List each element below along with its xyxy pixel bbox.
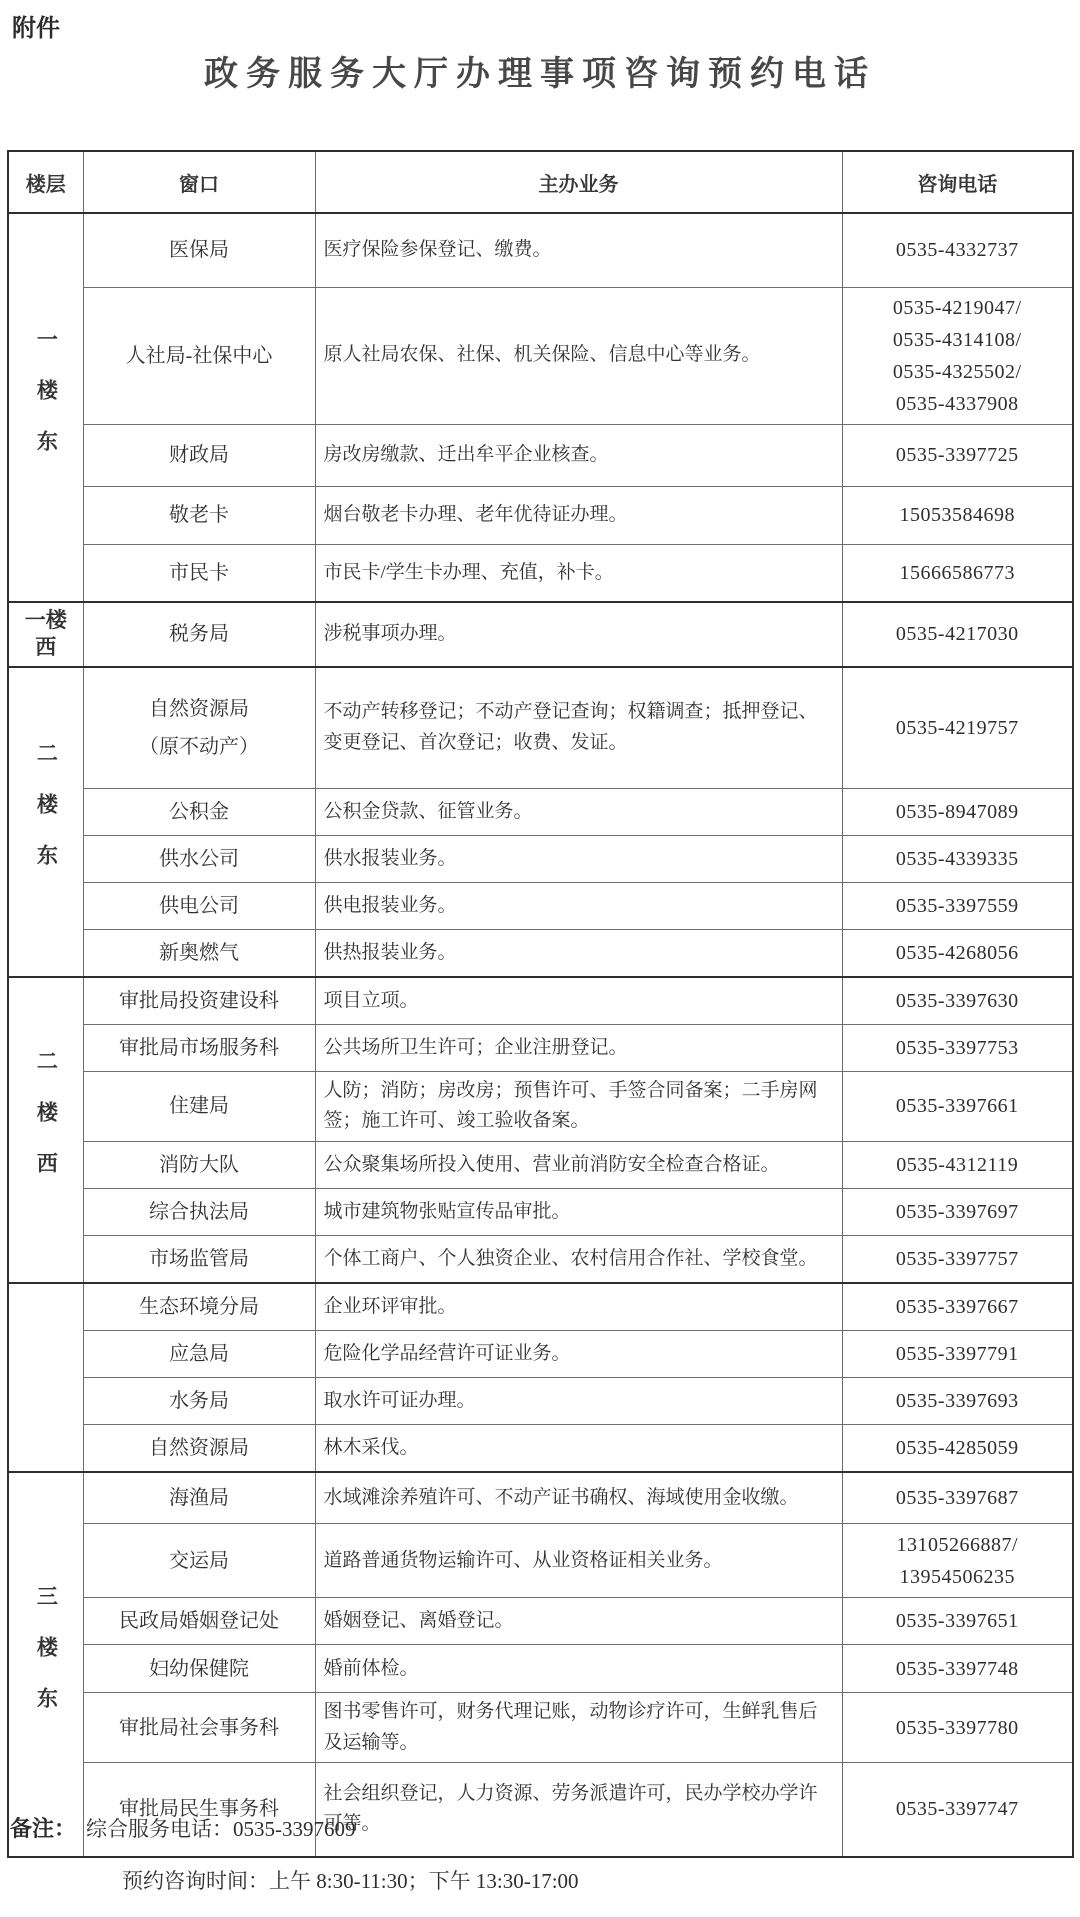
phone-line: 0535-4314108/	[851, 324, 1065, 356]
phone-line: 0535-4332737	[851, 234, 1065, 266]
floor-label: 一楼西	[17, 607, 75, 662]
phone-line: 0535-4337908	[851, 388, 1065, 420]
table-header-window: 窗口	[83, 151, 315, 213]
business-cell: 婚姻登记、离婚登记。	[315, 1598, 842, 1645]
phone-cell: 0535-3397753	[842, 1025, 1073, 1072]
table-row: 一楼西税务局涉税事项办理。0535-4217030	[8, 602, 1073, 667]
table-row: 市民卡市民卡/学生卡办理、充值，补卡。15666586773	[8, 544, 1073, 602]
window-cell: 敬老卡	[83, 486, 315, 544]
table-row: 三楼东海渔局水域滩涂养殖许可、不动产证书确权、海域使用金收缴。0535-3397…	[8, 1472, 1073, 1524]
table-row: 审批局市场服务科公共场所卫生许可；企业注册登记。0535-3397753	[8, 1025, 1073, 1072]
phone-cell: 0535-3397559	[842, 883, 1073, 930]
phone-cell: 0535-3397661	[842, 1072, 1073, 1142]
business-cell: 房改房缴款、迁出牟平企业核查。	[315, 424, 842, 486]
table-header-phone: 咨询电话	[842, 151, 1073, 213]
window-cell: 自然资源局 （原不动产）	[83, 667, 315, 789]
phone-cell: 15666586773	[842, 544, 1073, 602]
phone-line: 0535-4285059	[851, 1432, 1065, 1464]
window-cell: 交运局	[83, 1524, 315, 1598]
floor-cell	[8, 1283, 83, 1472]
phone-line: 0535-4312119	[851, 1149, 1065, 1181]
business-cell: 不动产转移登记；不动产登记查询；权籍调查；抵押登记、变更登记、首次登记；收费、发…	[315, 667, 842, 789]
floor-cell: 二楼东	[8, 667, 83, 978]
phone-cell: 0535-3397693	[842, 1377, 1073, 1424]
business-cell: 涉税事项办理。	[315, 602, 842, 667]
business-cell: 道路普通货物运输许可、从业资格证相关业务。	[315, 1524, 842, 1598]
page-title: 政务服务大厅办理事项咨询预约电话	[0, 46, 1080, 95]
business-cell: 供水报装业务。	[315, 836, 842, 883]
table-header-row: 楼层 窗口 主办业务 咨询电话	[8, 151, 1073, 213]
window-cell: 审批局社会事务科	[83, 1693, 315, 1763]
window-cell: 人社局-社保中心	[83, 287, 315, 424]
floor-label: 二楼东	[32, 742, 59, 895]
phone-cell: 13105266887/13954506235	[842, 1524, 1073, 1598]
phone-line: 0535-4219047/	[851, 292, 1065, 324]
phone-line: 0535-3397630	[851, 985, 1065, 1017]
table-row: 应急局危险化学品经营许可证业务。0535-3397791	[8, 1330, 1073, 1377]
floor-cell: 一楼西	[8, 602, 83, 667]
phone-cell: 0535-3397748	[842, 1645, 1073, 1693]
phone-cell: 0535-3397651	[842, 1598, 1073, 1645]
window-cell: 供水公司	[83, 836, 315, 883]
table-row: 二楼东自然资源局 （原不动产）不动产转移登记；不动产登记查询；权籍调查；抵押登记…	[8, 667, 1073, 789]
floor-cell: 二楼西	[8, 977, 83, 1283]
business-cell: 人防；消防；房改房；预售许可、手签合同备案；二手房网签；施工许可、竣工验收备案。	[315, 1072, 842, 1142]
business-cell: 烟台敬老卡办理、老年优待证办理。	[315, 486, 842, 544]
business-cell: 取水许可证办理。	[315, 1377, 842, 1424]
floor-label: 三楼东	[32, 1585, 59, 1738]
business-cell: 公共场所卫生许可；企业注册登记。	[315, 1025, 842, 1072]
phone-line: 0535-4325502/	[851, 356, 1065, 388]
window-cell: 综合执法局	[83, 1188, 315, 1235]
phone-line: 13105266887/	[851, 1529, 1065, 1561]
phone-cell: 0535-4217030	[842, 602, 1073, 667]
footer-line-2: 预约咨询时间：上午 8:30-11:30；下午 13:30-17:00	[122, 1865, 1010, 1895]
window-cell: 审批局投资建设科	[83, 977, 315, 1025]
phone-cell: 0535-3397757	[842, 1235, 1073, 1283]
window-cell: 税务局	[83, 602, 315, 667]
note-label: 备注：	[10, 1812, 76, 1843]
attachment-label: 附件	[12, 8, 60, 43]
business-cell: 市民卡/学生卡办理、充值，补卡。	[315, 544, 842, 602]
phone-line: 0535-4339335	[851, 843, 1065, 875]
table-row: 财政局房改房缴款、迁出牟平企业核查。0535-3397725	[8, 424, 1073, 486]
business-cell: 林木采伐。	[315, 1424, 842, 1472]
window-cell: 公积金	[83, 789, 315, 836]
window-cell: 市场监管局	[83, 1235, 315, 1283]
table-row: 妇幼保健院婚前体检。0535-3397748	[8, 1645, 1073, 1693]
window-cell: 住建局	[83, 1072, 315, 1142]
phone-line: 0535-4268056	[851, 937, 1065, 969]
phone-line: 0535-3397780	[851, 1712, 1065, 1744]
phone-cell: 0535-4268056	[842, 930, 1073, 978]
table-row: 人社局-社保中心原人社局农保、社保、机关保险、信息中心等业务。0535-4219…	[8, 287, 1073, 424]
business-cell: 项目立项。	[315, 977, 842, 1025]
table-row: 公积金公积金贷款、征管业务。0535-8947089	[8, 789, 1073, 836]
business-cell: 医疗保险参保登记、缴费。	[315, 213, 842, 287]
phone-line: 0535-3397757	[851, 1243, 1065, 1275]
business-cell: 危险化学品经营许可证业务。	[315, 1330, 842, 1377]
phone-line: 0535-3397748	[851, 1653, 1065, 1685]
phone-cell: 0535-3397725	[842, 424, 1073, 486]
table-row: 民政局婚姻登记处婚姻登记、离婚登记。0535-3397651	[8, 1598, 1073, 1645]
table-header-floor: 楼层	[8, 151, 83, 213]
table-row: 综合执法局城市建筑物张贴宣传品审批。0535-3397697	[8, 1188, 1073, 1235]
table-header-business: 主办业务	[315, 151, 842, 213]
phone-line: 0535-3397725	[851, 439, 1065, 471]
phone-line: 0535-3397697	[851, 1196, 1065, 1228]
table-row: 水务局取水许可证办理。0535-3397693	[8, 1377, 1073, 1424]
phone-cell: 0535-4339335	[842, 836, 1073, 883]
floor-label: 二楼西	[32, 1050, 59, 1203]
floor-label: 一楼东	[32, 328, 59, 481]
business-cell: 公积金贷款、征管业务。	[315, 789, 842, 836]
window-cell: 医保局	[83, 213, 315, 287]
business-cell: 公众聚集场所投入使用、营业前消防安全检查合格证。	[315, 1141, 842, 1188]
business-cell: 图书零售许可，财务代理记账，动物诊疗许可，生鲜乳售后及运输等。	[315, 1693, 842, 1763]
phone-line: 0535-3397559	[851, 890, 1065, 922]
table-row: 消防大队公众聚集场所投入使用、营业前消防安全检查合格证。0535-4312119	[8, 1141, 1073, 1188]
phone-cell: 0535-4312119	[842, 1141, 1073, 1188]
phone-line: 0535-8947089	[851, 796, 1065, 828]
phone-line: 0535-4219757	[851, 712, 1065, 744]
table-row: 生态环境分局企业环评审批。0535-3397667	[8, 1283, 1073, 1331]
window-cell: 水务局	[83, 1377, 315, 1424]
phone-cell: 0535-4219757	[842, 667, 1073, 789]
window-cell: 应急局	[83, 1330, 315, 1377]
business-cell: 供热报装业务。	[315, 930, 842, 978]
table-row: 市场监管局个体工商户、个人独资企业、农村信用合作社、学校食堂。0535-3397…	[8, 1235, 1073, 1283]
phone-cell: 0535-3397780	[842, 1693, 1073, 1763]
phone-cell: 0535-4285059	[842, 1424, 1073, 1472]
phone-line: 13954506235	[851, 1561, 1065, 1593]
window-cell: 审批局市场服务科	[83, 1025, 315, 1072]
service-phone-note: 综合服务电话：0535-3397609	[86, 1813, 356, 1843]
phone-cell: 0535-4332737	[842, 213, 1073, 287]
business-cell: 城市建筑物张贴宣传品审批。	[315, 1188, 842, 1235]
business-cell: 婚前体检。	[315, 1645, 842, 1693]
window-cell: 生态环境分局	[83, 1283, 315, 1331]
business-cell: 原人社局农保、社保、机关保险、信息中心等业务。	[315, 287, 842, 424]
phone-line: 0535-3397693	[851, 1385, 1065, 1417]
window-cell: 民政局婚姻登记处	[83, 1598, 315, 1645]
page-root: 附件 政务服务大厅办理事项咨询预约电话 楼层 窗口 主办业务 咨询电话 一楼东医…	[0, 0, 1080, 1917]
floor-cell: 三楼东	[8, 1472, 83, 1857]
table-row: 敬老卡烟台敬老卡办理、老年优待证办理。15053584698	[8, 486, 1073, 544]
table-body: 一楼东医保局医疗保险参保登记、缴费。0535-4332737人社局-社保中心原人…	[8, 213, 1073, 1857]
window-cell: 财政局	[83, 424, 315, 486]
business-cell: 供电报装业务。	[315, 883, 842, 930]
table-row: 审批局社会事务科图书零售许可，财务代理记账，动物诊疗许可，生鲜乳售后及运输等。0…	[8, 1693, 1073, 1763]
window-cell: 供电公司	[83, 883, 315, 930]
phone-cell: 0535-3397697	[842, 1188, 1073, 1235]
phone-line: 0535-4217030	[851, 618, 1065, 650]
phone-line: 0535-3397667	[851, 1291, 1065, 1323]
phone-line: 0535-3397753	[851, 1032, 1065, 1064]
phone-cell: 0535-3397630	[842, 977, 1073, 1025]
phone-line: 0535-3397791	[851, 1338, 1065, 1370]
window-cell: 新奥燃气	[83, 930, 315, 978]
phone-cell: 0535-3397687	[842, 1472, 1073, 1524]
table-row: 二楼西审批局投资建设科项目立项。0535-3397630	[8, 977, 1073, 1025]
floor-cell: 一楼东	[8, 213, 83, 602]
window-cell: 自然资源局	[83, 1424, 315, 1472]
phone-line: 0535-3397687	[851, 1482, 1065, 1514]
footer-note: 备注： 综合服务电话：0535-3397609 预约咨询时间：上午 8:30-1…	[10, 1812, 1010, 1895]
window-cell: 海渔局	[83, 1472, 315, 1524]
phone-line: 0535-3397661	[851, 1090, 1065, 1122]
services-table: 楼层 窗口 主办业务 咨询电话 一楼东医保局医疗保险参保登记、缴费。0535-4…	[7, 150, 1074, 1858]
table-row: 新奥燃气供热报装业务。0535-4268056	[8, 930, 1073, 978]
business-cell: 企业环评审批。	[315, 1283, 842, 1331]
phone-cell: 0535-8947089	[842, 789, 1073, 836]
table-row: 自然资源局林木采伐。0535-4285059	[8, 1424, 1073, 1472]
phone-line: 15053584698	[851, 499, 1065, 531]
window-cell: 消防大队	[83, 1141, 315, 1188]
phone-cell: 0535-3397791	[842, 1330, 1073, 1377]
business-cell: 水域滩涂养殖许可、不动产证书确权、海域使用金收缴。	[315, 1472, 842, 1524]
table-row: 住建局人防；消防；房改房；预售许可、手签合同备案；二手房网签；施工许可、竣工验收…	[8, 1072, 1073, 1142]
table-row: 交运局道路普通货物运输许可、从业资格证相关业务。13105266887/1395…	[8, 1524, 1073, 1598]
footer-line-1: 备注： 综合服务电话：0535-3397609	[10, 1812, 1010, 1843]
table-row: 一楼东医保局医疗保险参保登记、缴费。0535-4332737	[8, 213, 1073, 287]
phone-cell: 0535-3397667	[842, 1283, 1073, 1331]
table-row: 供电公司供电报装业务。0535-3397559	[8, 883, 1073, 930]
phone-line: 15666586773	[851, 557, 1065, 589]
business-cell: 个体工商户、个人独资企业、农村信用合作社、学校食堂。	[315, 1235, 842, 1283]
phone-cell: 0535-4219047/0535-4314108/0535-4325502/0…	[842, 287, 1073, 424]
table-row: 供水公司供水报装业务。0535-4339335	[8, 836, 1073, 883]
phone-line: 0535-3397651	[851, 1605, 1065, 1637]
window-cell: 市民卡	[83, 544, 315, 602]
window-cell: 妇幼保健院	[83, 1645, 315, 1693]
phone-cell: 15053584698	[842, 486, 1073, 544]
